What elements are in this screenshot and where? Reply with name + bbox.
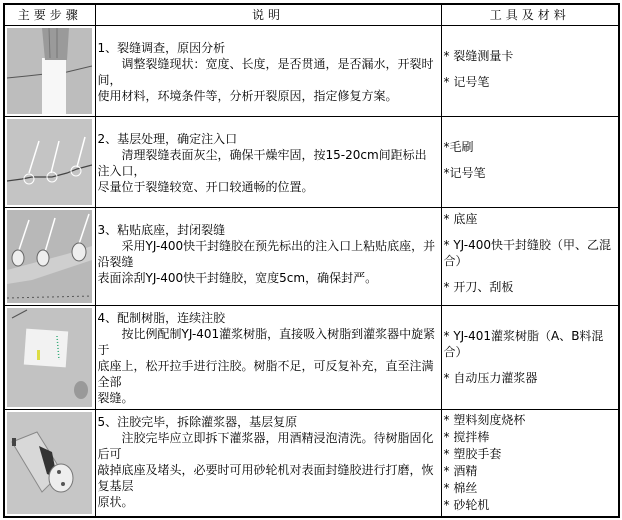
step-text: 调整裂缝现状：宽度、长度，是否贯通，是否漏水，开裂时间， xyxy=(98,56,439,88)
step-title: 5、注胶完毕，拆除灌浆器，基层复原 xyxy=(98,414,439,430)
table-row: 5、注胶完毕，拆除灌浆器，基层复原 注胶完毕应立即拆下灌浆器，用酒精浸泡清洗。待… xyxy=(4,410,619,518)
step-title: 4、配制树脂，连续注胶 xyxy=(98,310,439,326)
table-row: 1、裂缝调查，原因分析 调整裂缝现状：宽度、长度，是否贯通，是否漏水，开裂时间，… xyxy=(4,26,619,117)
grinder-photo xyxy=(7,412,92,514)
step-text: 按比例配制YJ-401灌浆树脂，直接吸入树脂到灌浆器中旋紧于 xyxy=(98,326,439,358)
description-cell: 1、裂缝调查，原因分析 调整裂缝现状：宽度、长度，是否贯通，是否漏水，开裂时间，… xyxy=(95,26,441,117)
tool-item: *毛刷 xyxy=(444,139,617,155)
description-cell: 3、粘贴底座，封闭裂缝 采用YJ-400快干封缝胶在预先标出的注入口上粘贴底座，… xyxy=(95,208,441,306)
tool-item: * 底座 xyxy=(444,211,617,227)
table-row: 4、配制树脂，连续注胶 按比例配制YJ-401灌浆树脂，直接吸入树脂到灌浆器中旋… xyxy=(4,306,619,410)
tool-item: * YJ-400快干封缝胶（甲、乙混合） xyxy=(444,237,617,269)
step-text: 表面涂刮YJ-400快干封缝胶，宽度5cm，确保封严。 xyxy=(98,270,439,286)
header-row: 主要步骤 说明 工具及材料 xyxy=(4,4,619,26)
injector-photo xyxy=(7,308,92,407)
step-text: 使用材料，环境条件等，分析开裂原因，指定修复方案。 xyxy=(98,88,439,104)
table-row: 2、基层处理，确定注入口 清理裂缝表面灰尘，确保干燥牢固，按15-20cm间距标… xyxy=(4,117,619,208)
tool-item: * 塑料刻度烧杯 xyxy=(444,412,617,429)
step-text: 尽量位于裂缝较宽、开口较通畅的位置。 xyxy=(98,179,439,195)
tools-cell: *毛刷 *记号笔 xyxy=(441,117,619,208)
bases-attached-photo xyxy=(7,210,92,303)
step-text: 裂缝。 xyxy=(98,390,439,406)
description-cell: 2、基层处理，确定注入口 清理裂缝表面灰尘，确保干燥牢固，按15-20cm间距标… xyxy=(95,117,441,208)
tool-item: * 砂轮机 xyxy=(444,497,617,514)
step-title: 1、裂缝调查，原因分析 xyxy=(98,40,439,56)
step-text: 原状。 xyxy=(98,494,439,510)
description-cell: 4、配制树脂，连续注胶 按比例配制YJ-401灌浆树脂，直接吸入树脂到灌浆器中旋… xyxy=(95,306,441,410)
photo-cell xyxy=(4,410,95,518)
step-text: 清理裂缝表面灰尘，确保干燥牢固，按15-20cm间距标出注入口， xyxy=(98,147,439,179)
step-text: 采用YJ-400快干封缝胶在预先标出的注入口上粘贴底座，并沿裂缝 xyxy=(98,238,439,270)
header-tools: 工具及材料 xyxy=(441,4,619,26)
tool-item: * YJ-401灌浆树脂（A、B料混合） xyxy=(444,328,617,360)
tools-cell: * 底座 * YJ-400快干封缝胶（甲、乙混合） * 开刀、刮板 xyxy=(441,208,619,306)
marked-injection-points-photo xyxy=(7,119,92,205)
tool-item: * 塑胶手套 xyxy=(444,446,617,463)
step-text: 注胶完毕应立即拆下灌浆器，用酒精浸泡清洗。待树脂固化后可 xyxy=(98,430,439,462)
step-title: 2、基层处理，确定注入口 xyxy=(98,131,439,147)
construction-steps-table: 主要步骤 说明 工具及材料 1、裂缝调查，原因分析 调整裂缝现状：宽度、长度，是… xyxy=(3,3,620,518)
tool-item: * 棉丝 xyxy=(444,480,617,497)
photo-cell xyxy=(4,26,95,117)
tools-cell: * YJ-401灌浆树脂（A、B料混合） * 自动压力灌浆器 xyxy=(441,306,619,410)
tools-cell: * 塑料刻度烧杯 * 搅拌棒 * 塑胶手套 * 酒精 * 棉丝 * 砂轮机 xyxy=(441,410,619,518)
crack-measurement-card-photo xyxy=(7,28,92,114)
tool-item: * 酒精 xyxy=(444,463,617,480)
tool-item: * 裂缝测量卡 xyxy=(444,48,617,64)
tools-cell: * 裂缝测量卡 * 记号笔 xyxy=(441,26,619,117)
header-steps: 主要步骤 xyxy=(4,4,95,26)
step-text: 底座上，松开拉手进行注胶。树脂不足，可反复补充，直至注满全部 xyxy=(98,358,439,390)
step-title: 3、粘贴底座，封闭裂缝 xyxy=(98,222,439,238)
tool-item: * 开刀、刮板 xyxy=(444,279,617,295)
tool-item: *记号笔 xyxy=(444,165,617,181)
table-row: 3、粘贴底座，封闭裂缝 采用YJ-400快干封缝胶在预先标出的注入口上粘贴底座，… xyxy=(4,208,619,306)
tool-item: * 自动压力灌浆器 xyxy=(444,370,617,386)
tool-item: * 记号笔 xyxy=(444,74,617,90)
tool-item: * 搅拌棒 xyxy=(444,429,617,446)
step-text: 敲掉底座及堵头，必要时可用砂轮机对表面封缝胶进行打磨，恢复基层 xyxy=(98,462,439,494)
description-cell: 5、注胶完毕，拆除灌浆器，基层复原 注胶完毕应立即拆下灌浆器，用酒精浸泡清洗。待… xyxy=(95,410,441,518)
photo-cell xyxy=(4,117,95,208)
photo-cell xyxy=(4,208,95,306)
photo-cell xyxy=(4,306,95,410)
header-description: 说明 xyxy=(95,4,441,26)
